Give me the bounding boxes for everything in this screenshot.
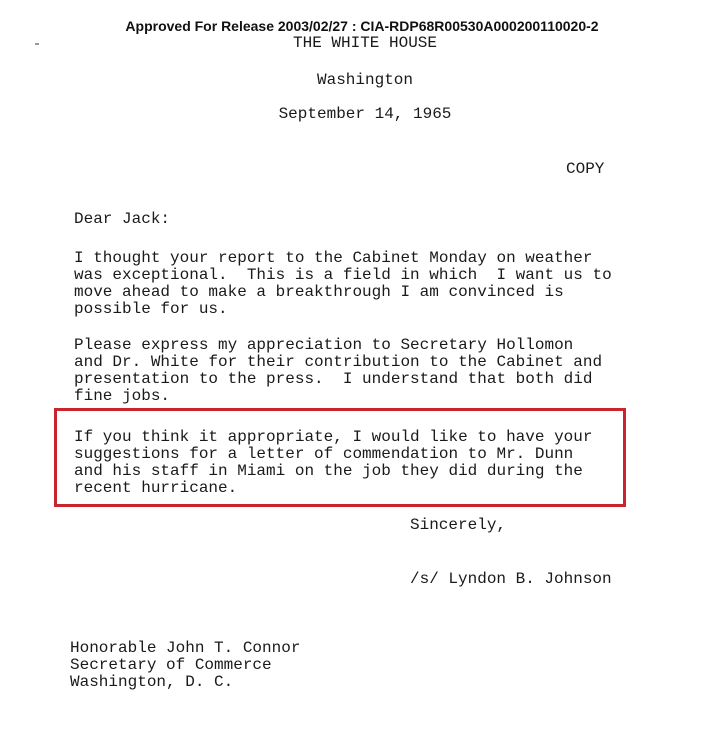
release-stamp: Approved For Release 2003/02/27 : CIA-RD… <box>0 18 702 34</box>
recipient-address: Honorable John T. Connor Secretary of Co… <box>70 640 300 691</box>
letterhead-title: THE WHITE HOUSE <box>0 35 702 52</box>
signature: /s/ Lyndon B. Johnson <box>410 571 612 588</box>
closing: Sincerely, <box>410 517 506 534</box>
dateline-city: Washington <box>0 72 702 89</box>
paragraph-commendation: If you think it appropriate, I would lik… <box>74 429 592 497</box>
letter-date: September 14, 1965 <box>0 106 702 123</box>
paragraph-appreciation: Please express my appreciation to Secret… <box>74 337 602 405</box>
release-stamp-text: Approved For Release 2003/02/27 : CIA-RD… <box>125 18 598 34</box>
paragraph-weather-report: I thought your report to the Cabinet Mon… <box>74 250 612 318</box>
copy-mark: COPY <box>566 161 604 178</box>
salutation: Dear Jack: <box>74 211 170 228</box>
